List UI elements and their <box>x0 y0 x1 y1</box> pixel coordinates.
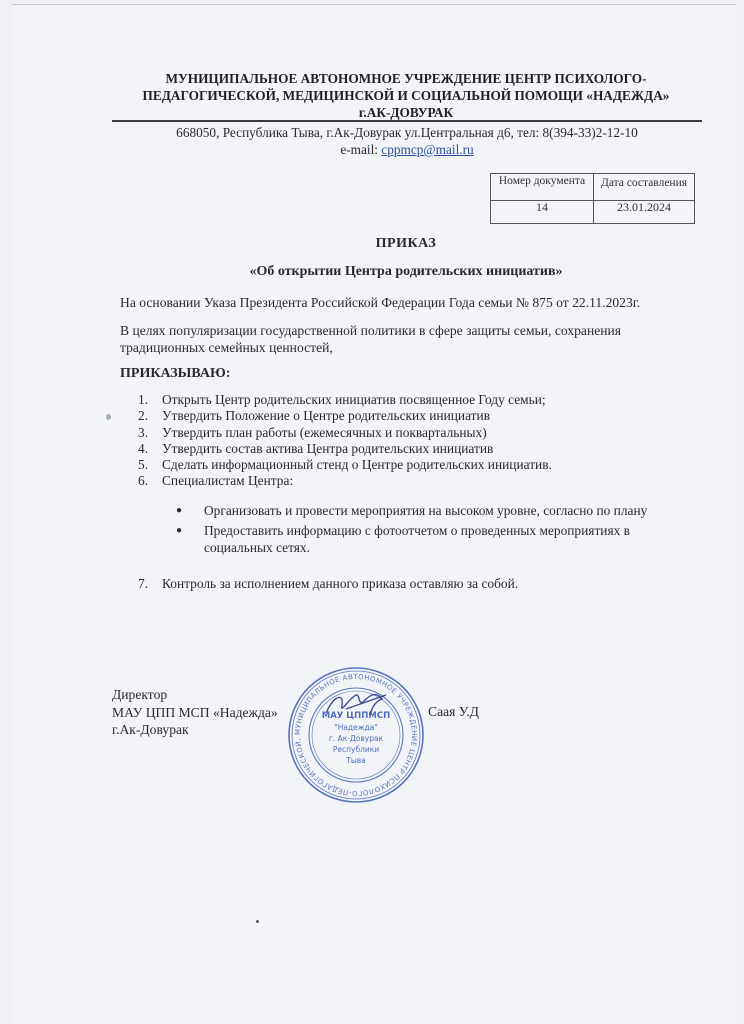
specialist-tasks-list: ●Организовать и провести мероприятия на … <box>176 502 676 559</box>
svg-text:г. Ак-Довурак: г. Ак-Довурак <box>329 734 384 743</box>
svg-text:Республики: Республики <box>333 745 379 754</box>
bullet-icon: ● <box>176 502 204 519</box>
email-link[interactable]: cppmcp@mail.ru <box>381 142 473 157</box>
document-info-table: Номер документа Дата составления 14 23.0… <box>490 173 695 224</box>
email-line: e-mail: cppmcp@mail.ru <box>112 141 702 158</box>
header-divider <box>112 120 702 122</box>
doc-date-value: 23.01.2024 <box>594 201 695 224</box>
order-item-control: 7.Контроль за исполнением данного приказ… <box>138 576 518 592</box>
org-city: г.АК-ДОВУРАК <box>112 104 700 121</box>
order-item: 4.Утвердить состав актива Центра родител… <box>138 441 698 457</box>
signer-name: Саая У.Д <box>428 704 479 720</box>
order-item: 6.Специалистам Центра: <box>138 473 698 489</box>
doc-number-header: Номер документа <box>491 174 594 201</box>
task-item: ●Предоставить информацию с фотоотчетом о… <box>176 522 676 556</box>
basis-paragraph: На основании Указа Президента Российской… <box>120 294 710 312</box>
signer-organization: МАУ ЦПП МСП «Надежда» <box>112 704 278 722</box>
document-title: ПРИКАЗ <box>112 236 700 252</box>
order-heading: ПРИКАЗЫВАЮ: <box>120 366 230 382</box>
order-item: 1.Открыть Центр родительских инициатив п… <box>138 392 698 408</box>
order-item: 2.Утвердить Положение о Центре родительс… <box>138 408 698 424</box>
doc-number-value: 14 <box>491 201 594 224</box>
order-item: 5.Сделать информационный стенд о Центре … <box>138 457 698 473</box>
svg-text:"Надежда": "Надежда" <box>334 723 377 732</box>
org-name-line-2: ПЕДАГОГИЧЕСКОЙ, МЕДИЦИНСКОЙ И СОЦИАЛЬНОЙ… <box>112 87 700 104</box>
purpose-paragraph: В целях популяризации государственной по… <box>120 322 680 356</box>
signature-block: Директор МАУ ЦПП МСП «Надежда» г.Ак-Дову… <box>112 686 278 739</box>
doc-date-header: Дата составления <box>594 174 695 201</box>
postal-address: 668050, Республика Тыва, г.Ак-Довурак ул… <box>112 124 702 141</box>
svg-text:МАУ ЦППМСП: МАУ ЦППМСП <box>322 711 390 721</box>
bullet-icon: ● <box>176 522 204 556</box>
official-stamp-icon: МУНИЦИПАЛЬНОЕ АВТОНОМНОЕ УЧРЕЖДЕНИЕ ЦЕНТ… <box>286 665 426 805</box>
address-block: 668050, Республика Тыва, г.Ак-Довурак ул… <box>112 124 702 158</box>
org-name-line-1: МУНИЦИПАЛЬНОЕ АВТОНОМНОЕ УЧРЕЖДЕНИЕ ЦЕНТ… <box>112 70 700 87</box>
task-item: ●Организовать и провести мероприятия на … <box>176 502 676 519</box>
signer-position: Директор <box>112 686 278 704</box>
order-item: 3.Утвердить план работы (ежемесячных и п… <box>138 425 698 441</box>
scan-mark <box>106 414 111 420</box>
svg-text:Тыва: Тыва <box>345 756 366 765</box>
document-subtitle: «Об открытии Центра родительских инициат… <box>112 264 700 280</box>
scan-mark <box>256 920 259 923</box>
signer-city: г.Ак-Довурак <box>112 721 278 739</box>
order-items-list: 1.Открыть Центр родительских инициатив п… <box>138 392 698 490</box>
email-label: e-mail: <box>340 142 381 157</box>
organization-header: МУНИЦИПАЛЬНОЕ АВТОНОМНОЕ УЧРЕЖДЕНИЕ ЦЕНТ… <box>112 70 700 121</box>
